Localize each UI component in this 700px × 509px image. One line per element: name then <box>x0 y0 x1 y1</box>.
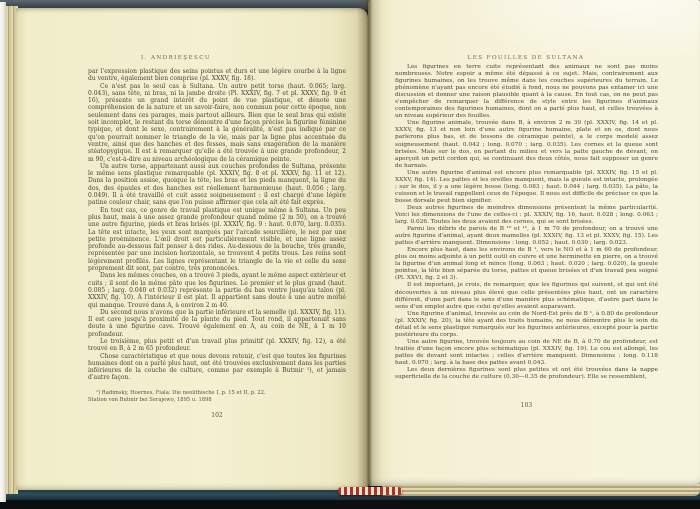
right-text-block: Les figurines en terre cuite représentan… <box>395 64 658 381</box>
paragraph: Une figurine animale, trouvée dans B, à … <box>395 120 658 169</box>
right-running-header: LES FOUILLES DE SULTANA <box>395 55 657 61</box>
left-page-number: 102 <box>88 412 346 419</box>
paragraph: ¹) Radimsky, Hoernes, Fiala: Die neolith… <box>88 390 318 397</box>
left-footnote: ¹) Radimsky, Hoernes, Fiala: Die neolith… <box>88 390 318 403</box>
paragraph: Une autre figurine, trouvée toujours au … <box>395 339 658 367</box>
paragraph: Un autre torse, appartenant aussi aux co… <box>88 163 346 207</box>
left-running-header: I. ANDRIEŞESCU <box>46 55 306 61</box>
right-page-number: 103 <box>395 402 658 409</box>
paragraph: Une autre figurine d'animal est encore p… <box>395 170 658 205</box>
paragraph: Ce n'est pas le seul cas à Sultana. Un a… <box>88 83 346 163</box>
paragraph: Une figurine d'animal, trouvée au coin d… <box>395 311 658 339</box>
paragraph: Deux autres figurines de moindres dimens… <box>395 205 658 226</box>
right-page: LES FOUILLES DE SULTANA Les figurines en… <box>368 0 700 486</box>
paragraph: Du second nous n'avons que la partie inf… <box>88 309 346 338</box>
background-bottom-band <box>0 500 700 509</box>
paragraph: Il est important, je crois, de remarquer… <box>395 282 658 310</box>
paragraph: Les deux dernières figurines sont plus p… <box>395 367 658 381</box>
book-scan-photo: I. ANDRIEŞESCU par l'expression plastiqu… <box>0 0 700 509</box>
paragraph: Parmi les débris de parois de B ¹⁰ et ¹¹… <box>395 226 658 247</box>
paragraph: En tout cas, ce genre de travail plastiq… <box>88 207 346 273</box>
paragraph: Dans les mêmes couches, on a trouvé 3 pi… <box>88 272 346 308</box>
paragraph: Les figurines en terre cuite représentan… <box>395 64 658 120</box>
paragraph: Le troisième, plus petit et d'un travail… <box>88 338 346 353</box>
left-page: I. ANDRIEŞESCU par l'expression plastiqu… <box>16 8 368 490</box>
paragraph: Encore plus haut, dans les environs de B… <box>395 247 658 282</box>
paragraph: Station von Butmir bei Serajewo, 1895 u.… <box>88 397 318 404</box>
spine-headband <box>338 487 402 495</box>
left-text-block: par l'expression plastique des seins poi… <box>88 68 346 382</box>
paragraph: par l'expression plastique des seins poi… <box>88 68 346 83</box>
paragraph: Chose caractéristique et que nous devons… <box>88 353 346 382</box>
